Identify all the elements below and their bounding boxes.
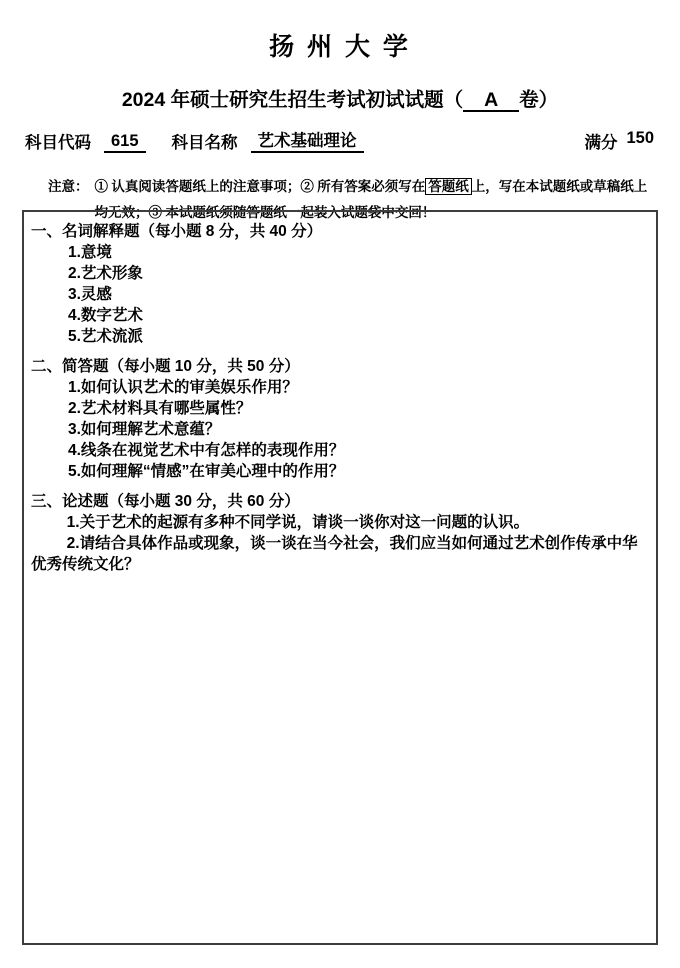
subject-code-label: 科目代码 xyxy=(25,129,91,153)
exam-title-prefix: 2024 年硕士研究生招生考试初试试题（ xyxy=(122,89,463,111)
question-item: 2.艺术形象 xyxy=(68,263,650,284)
section-heading: 三、论述题（每小题 30 分，共 60 分） xyxy=(31,491,650,512)
subject-row: 科目代码 615 科目名称 艺术基础理论 满分 150 xyxy=(0,129,680,153)
notice-boxed-answer-sheet: 答题纸 xyxy=(425,178,472,195)
section-heading: 二、简答题（每小题 10 分，共 50 分） xyxy=(31,356,650,377)
total-score: 满分 150 xyxy=(584,129,654,153)
question-item: 2.请结合具体作品或现象，谈一谈在当今社会，我们应当如何通过艺术创作传承中华优秀… xyxy=(31,533,650,575)
question-item: 5.艺术流派 xyxy=(68,326,650,347)
question-item: 1.关于艺术的起源有多种不同学说，请谈一谈你对这一问题的认识。 xyxy=(31,512,650,533)
question-item: 3.灵感 xyxy=(68,284,650,305)
exam-title: 2024 年硕士研究生招生考试初试试题（A卷） xyxy=(0,84,680,112)
section-short-answer: 二、简答题（每小题 10 分，共 50 分） 1.如何认识艺术的审美娱乐作用？ … xyxy=(31,356,650,482)
question-item: 1.如何认识艺术的审美娱乐作用？ xyxy=(68,377,650,398)
notice-part1: ① 认真阅读答题纸上的注意事项；② 所有答案必须写在 xyxy=(95,179,426,194)
subject-name-label: 科目名称 xyxy=(172,129,238,153)
exam-title-suffix: 卷） xyxy=(519,89,558,111)
paper-letter-blank: A xyxy=(463,90,519,112)
exam-paper-page: 扬 州 大 学 2024 年硕士研究生招生考试初试试题（A卷） 科目代码 615… xyxy=(0,0,680,968)
subject-name-value: 艺术基础理论 xyxy=(251,133,364,153)
total-score-label: 满分 xyxy=(584,129,617,153)
question-item: 3.如何理解艺术意蕴？ xyxy=(68,419,650,440)
question-item: 4.数字艺术 xyxy=(68,305,650,326)
subject-code-value: 615 xyxy=(104,133,146,153)
total-score-value: 150 xyxy=(626,129,654,153)
question-item: 5.如何理解“情感”在审美心理中的作用？ xyxy=(68,461,650,482)
question-item: 2.艺术材料具有哪些属性？ xyxy=(68,398,650,419)
question-area: 一、名词解释题（每小题 8 分，共 40 分） 1.意境 2.艺术形象 3.灵感… xyxy=(22,210,658,945)
section-essay: 三、论述题（每小题 30 分，共 60 分） 1.关于艺术的起源有多种不同学说，… xyxy=(31,491,650,575)
question-item: 1.意境 xyxy=(68,242,650,263)
university-title: 扬 州 大 学 xyxy=(0,0,680,63)
section-definitions: 一、名词解释题（每小题 8 分，共 40 分） 1.意境 2.艺术形象 3.灵感… xyxy=(31,221,650,347)
section-heading: 一、名词解释题（每小题 8 分，共 40 分） xyxy=(31,221,650,242)
question-item: 4.线条在视觉艺术中有怎样的表现作用？ xyxy=(68,440,650,461)
